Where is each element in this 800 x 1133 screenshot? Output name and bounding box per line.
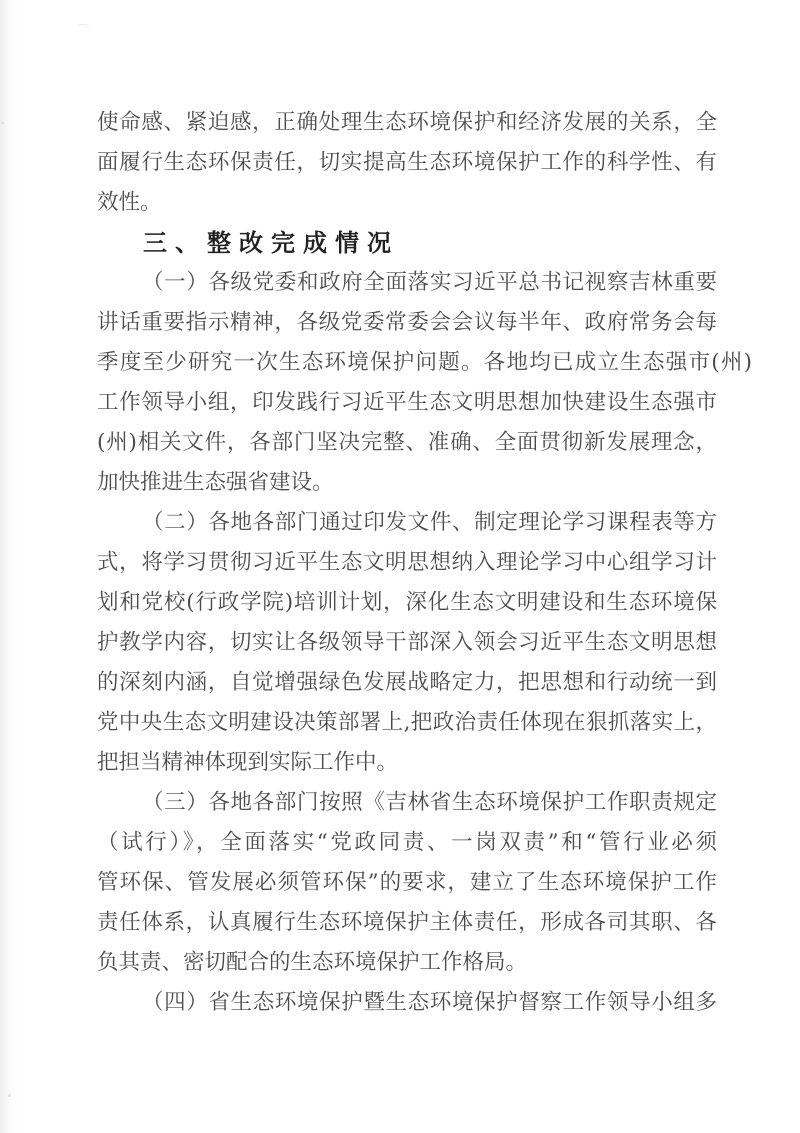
text-line: 的深刻内涵，自觉增强绿色发展战略定力，把思想和行动统一到 (97, 663, 717, 703)
text-line: 护教学内容，切实让各级领导干部深入领会习近平生态文明思想 (97, 623, 717, 663)
text-line: 效性。 (97, 183, 717, 223)
text-line: 管环保、管发展必须管环保”的要求，建立了生态环境保护工作 (97, 863, 717, 903)
paragraph-item-3: （三）各地各部门按照《吉林省生态环境保护工作职责规定（试行）》，全面落实“党政同… (97, 783, 717, 983)
text-line: （三）各地各部门按照《吉林省生态环境保护工作职责规定 (97, 783, 717, 823)
text-line: 季度至少研究一次生态环境保护问题。各地均已成立生态强市(州) (97, 343, 752, 383)
text-line: 责任体系，认真履行生态环境保护主体责任，形成各司其职、各 (97, 903, 717, 943)
text-line: （二）各地各部门通过印发文件、制定理论学习课程表等方 (97, 503, 717, 543)
text-line: （四）省生态环境保护暨生态环境保护督察工作领导小组多 (97, 983, 717, 1023)
scan-artifact (2, 122, 4, 124)
paragraph-continuation: 使命感、紧迫感，正确处理生态环境保护和经济发展的关系，全面履行生态环保责任，切实… (97, 103, 717, 223)
text-line: 工作领导小组，印发践行习近平生态文明思想加快建设生态强市 (97, 383, 717, 423)
document-body: 使命感、紧迫感，正确处理生态环境保护和经济发展的关系，全面履行生态环保责任，切实… (97, 103, 717, 1023)
text-line: 面履行生态环保责任，切实提高生态环境保护工作的科学性、有 (97, 143, 717, 183)
paragraph-item-4: （四）省生态环境保护暨生态环境保护督察工作领导小组多 (97, 983, 717, 1023)
text-line: 加快推进生态强省建设。 (97, 463, 717, 503)
scanned-document-page: 使命感、紧迫感，正确处理生态环境保护和经济发展的关系，全面履行生态环保责任，切实… (0, 0, 800, 1133)
paragraph-item-2: （二）各地各部门通过印发文件、制定理论学习课程表等方式，将学习贯彻习近平生态文明… (97, 503, 717, 783)
text-line: 把担当精神体现到实际工作中。 (97, 743, 717, 783)
text-line: (州)相关文件，各部门坚决完整、准确、全面贯彻新发展理念， (97, 423, 717, 463)
text-line: 式，将学习贯彻习近平生态文明思想纳入理论学习中心组学习计 (97, 543, 717, 583)
text-line: 负其责、密切配合的生态环境保护工作格局。 (97, 943, 717, 983)
text-line: 划和党校(行政学院)培训计划，深化生态文明建设和生态环境保 (97, 583, 717, 623)
scan-artifact (76, 24, 90, 30)
text-line: 党中央生态文明建设决策部署上,把政治责任体现在狠抓落实上， (97, 703, 717, 743)
scan-artifact (8, 1094, 11, 1097)
paragraph-item-1: （一）各级党委和政府全面落实习近平总书记视察吉林重要讲话重要指示精神，各级党委常… (97, 263, 717, 503)
text-line: 讲话重要指示精神，各级党委常委会会议每半年、政府常务会每 (97, 303, 717, 343)
text-line: 使命感、紧迫感，正确处理生态环境保护和经济发展的关系，全 (97, 103, 717, 143)
text-line: （试行）》，全面落实“党政同责、一岗双责”和“管行业必须 (97, 823, 717, 863)
section-heading: 三、整改完成情况 (97, 223, 717, 263)
text-line: （一）各级党委和政府全面落实习近平总书记视察吉林重要 (97, 263, 717, 303)
